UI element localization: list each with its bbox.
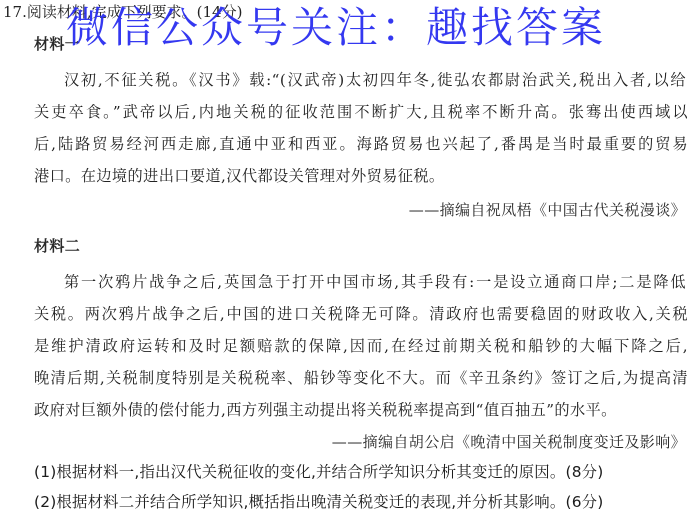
material-two-heading: 材料二: [34, 236, 80, 256]
material-two-citation: ——摘编自胡公启《晚清中国关税制度变迁及影响》: [332, 432, 686, 452]
watermark-overlay: 微信公众号关注：趣找答案: [66, 2, 606, 54]
material-two-line-5: 政府对巨额外债的偿付能力,西方列强主动提出将关税税率提高到“值百抽五”的水平。: [34, 400, 617, 420]
material-one-line-3: 后,陆路贸易经河西走廊,直通中亚和西亚。海路贸易也兴起了,番禺是当时最重要的贸易: [34, 134, 688, 154]
exam-page: 17.阅读材料,完成下列要求。(14分) 材料一 汉初,不征关税。《汉书》载:“…: [0, 0, 700, 512]
material-two-line-1: 第一次鸦片战争之后,英国急于打开中国市场,其手段有:一是设立通商口岸;二是降低: [64, 272, 686, 292]
material-two-line-3: 是维护清政府运转和及时足额赔款的保障,因而,在经过前期关税和船钞的大幅下降之后,: [34, 336, 688, 356]
material-one-line-4: 港口。在边境的进出口要道,汉代都设关管理对外贸易征税。: [34, 166, 445, 186]
question-number: 17.: [3, 3, 27, 21]
material-one-line-1: 汉初,不征关税。《汉书》载:“(汉武帝)太初四年冬,徙弘农都尉治武关,税出入者,…: [64, 70, 686, 90]
sub-question-1: (1)根据材料一,指出汉代关税征收的变化,并结合所学知识分析其变迁的原因。(8分…: [34, 462, 603, 482]
material-one-line-2: 关吏卒食。”武帝以后,内地关税的征收范围不断扩大,且税率不断升高。张骞出使西域以: [34, 102, 688, 122]
material-two-line-4: 晚清后期,关税制度特别是关税税率、船钞等变化不大。而《辛丑条约》签订之后,为提高…: [34, 368, 688, 388]
material-one-citation: ——摘编自祝凤梧《中国古代关税漫谈》: [409, 200, 686, 220]
sub-question-2: (2)根据材料二并结合所学知识,概括指出晚清关税变迁的表现,并分析其影响。(6分…: [34, 492, 603, 512]
material-two-line-2: 关税。两次鸦片战争之后,中国的进口关税降无可降。清政府也需要稳固的财政收入,关税: [34, 304, 688, 324]
